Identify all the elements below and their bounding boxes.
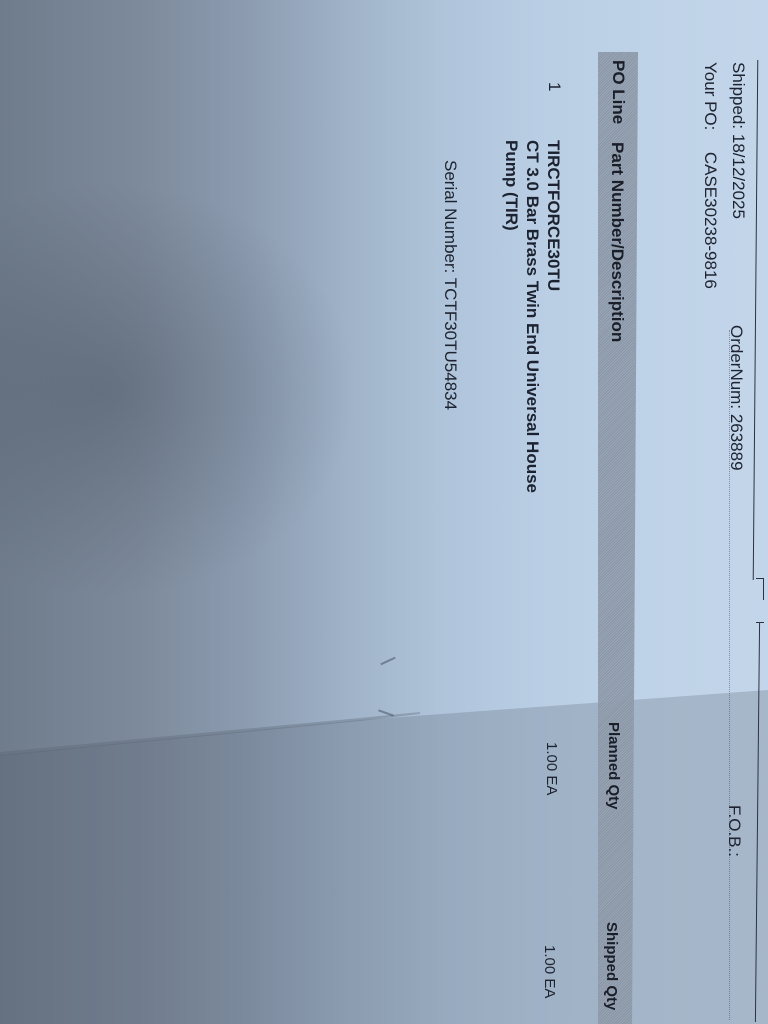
shipped-row: Shipped: 18/12/2025: [728, 62, 748, 219]
column-header-po-line: PO Line: [608, 60, 628, 124]
column-header-shipped-qty: Shipped Qty: [603, 922, 620, 1010]
shipped-label: Shipped:: [729, 62, 748, 129]
header-box-border: [753, 60, 759, 580]
part-description-line2: Pump (TIR): [501, 140, 521, 231]
serial-number-row: Serial Number: TCTF30TU54834: [440, 160, 460, 410]
order-num-row: OrderNum: 263889: [726, 325, 746, 471]
your-po-value: CASE30238-9816: [701, 152, 720, 289]
your-po-label: Your PO:: [701, 62, 720, 130]
shipped-qty: 1.00 EA: [541, 945, 558, 998]
part-description-line1: CT 3.0 Bar Brass Twin End Universal Hous…: [522, 140, 542, 493]
column-header-part-description: Part Number/Description: [607, 142, 627, 342]
order-num-label: OrderNum:: [727, 325, 746, 409]
fob-label: F.O.B.:: [725, 805, 744, 857]
packing-slip: Shipped: 18/12/2025 OrderNum: 263889 F.O…: [0, 0, 768, 1024]
shipped-date: 18/12/2025: [729, 134, 748, 219]
order-num-value: 263889: [727, 414, 746, 471]
your-po-row: Your PO: CASE30238-9816: [700, 62, 720, 289]
planned-qty: 1.00 EA: [543, 742, 560, 795]
part-number: TIRCTFORCE30TU: [543, 140, 563, 291]
serial-number-label: Serial Number:: [441, 160, 460, 273]
fob-row: F.O.B.:: [724, 805, 744, 857]
header-box-border: [763, 578, 764, 600]
header-box-border: [755, 622, 760, 1022]
po-line-number: 1: [544, 82, 564, 91]
column-header-planned-qty: Planned Qty: [605, 722, 622, 810]
serial-number-value: TCTF30TU54834: [441, 278, 460, 410]
document-photo: Shipped: 18/12/2025 OrderNum: 263889 F.O…: [0, 0, 768, 1024]
